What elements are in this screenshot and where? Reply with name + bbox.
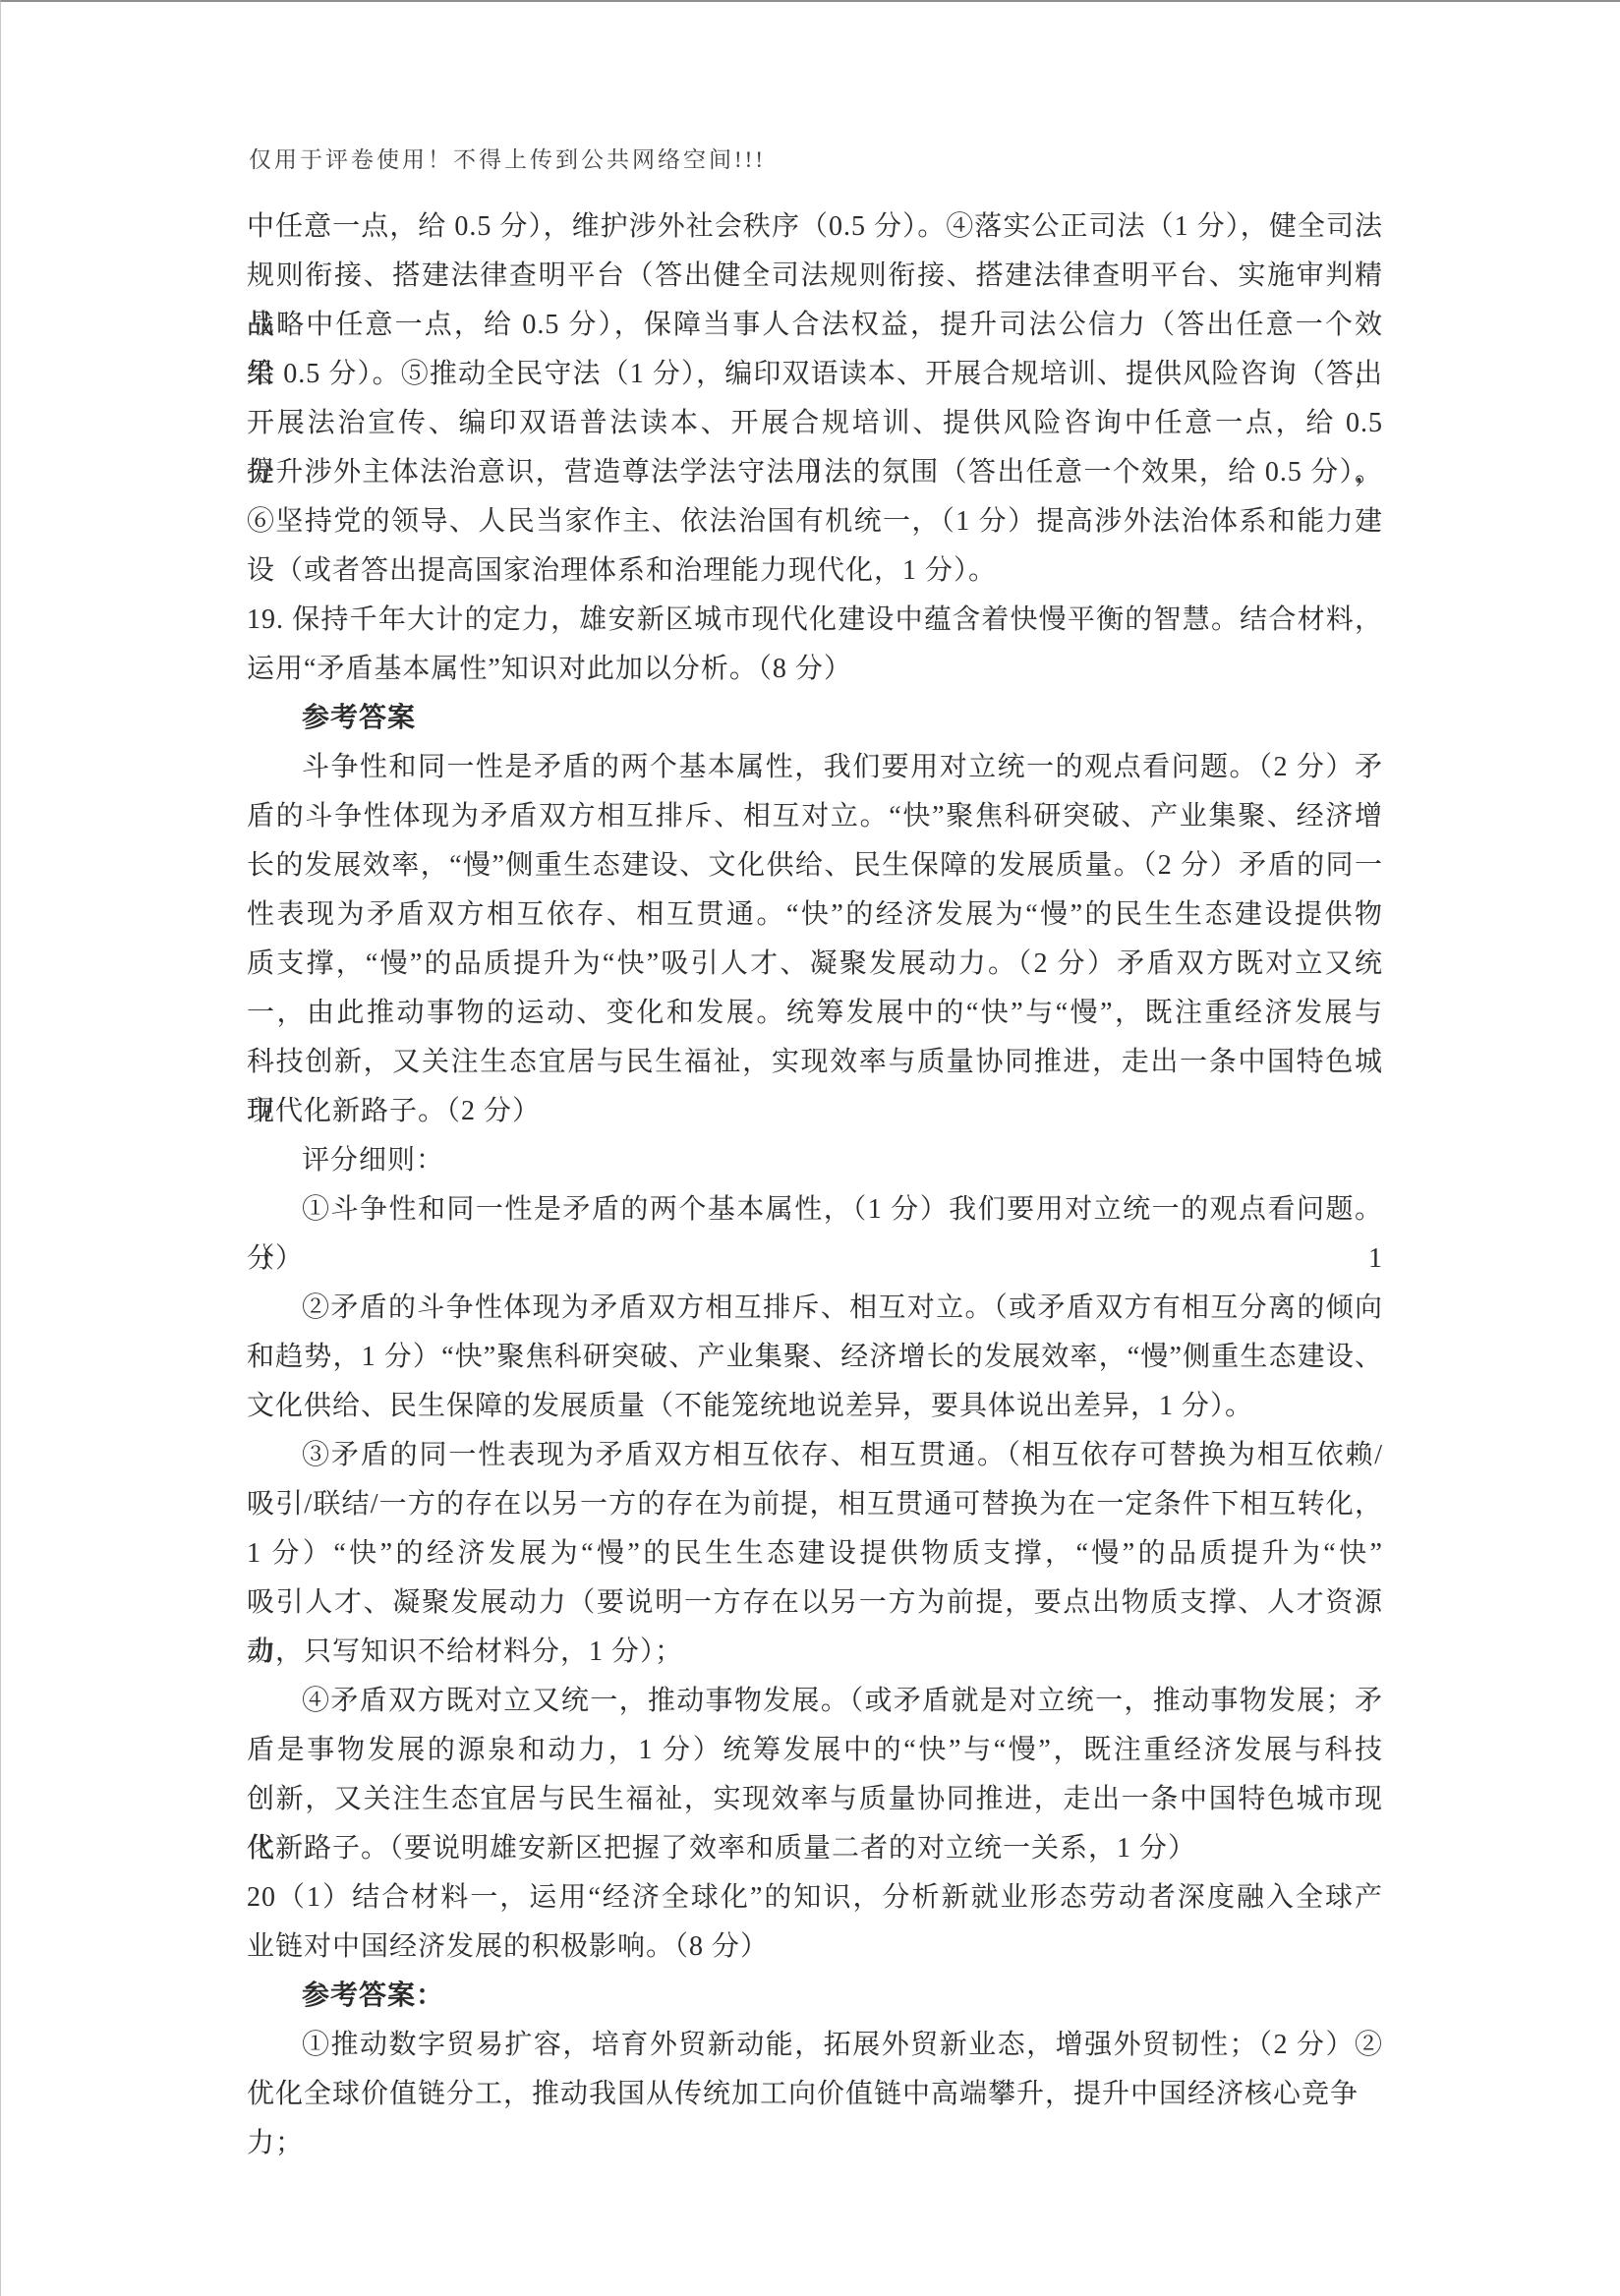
document-line: 文化供给、民生保障的发展质量（不能笼统地说差异，要具体说出差异，1 分）。: [247, 1382, 1383, 1431]
document-line: 设（或者答出提高国家治理体系和治理能力现代化，1 分）。: [247, 546, 1383, 596]
document-line: 优化全球价值链分工，推动我国从传统加工向价值链中高端攀升，提升中国经济核心竞争力…: [247, 2070, 1383, 2119]
document-line: 一，由此推动事物的运动、变化和发展。统筹发展中的“快”与“慢”，既注重经济发展与: [247, 989, 1383, 1038]
document-line: ③矛盾的同一性表现为矛盾双方相互依存、相互贯通。（相互依存可替换为相互依赖/: [247, 1431, 1383, 1480]
document-line: 战略中任意一点，给 0.5 分），保障当事人合法权益，提升司法公信力（答出任意一…: [247, 301, 1383, 350]
document-line: 化新路子。（要说明雄安新区把握了效率和质量二者的对立统一关系，1 分）: [247, 1824, 1383, 1873]
document-line: 运用“矛盾基本属性”知识对此加以分析。（8 分）: [247, 645, 1383, 694]
review-only-notice: 仅用于评卷使用！不得上传到公共网络空间!!!: [249, 142, 766, 174]
document-line: ②矛盾的斗争性体现为矛盾双方相互排斥、相互对立。（或矛盾双方有相互分离的倾向: [247, 1284, 1383, 1333]
document-line: 科技创新，又关注生态宜居与民生福祉，实现效率与质量协同推进，走出一条中国特色城市: [247, 1038, 1383, 1087]
document-line: 评分细则：: [247, 1136, 1383, 1185]
document-line: 力，只写知识不给材料分，1 分）；: [247, 1628, 1383, 1677]
document-line: 现代化新路子。（2 分）: [247, 1087, 1383, 1136]
document-line: 质支撑，“慢”的品质提升为“快”吸引人才、凝聚发展动力。（2 分）矛盾双方既对立…: [247, 940, 1383, 989]
document-line: ⑥坚持党的领导、人民当家作主、依法治国有机统一，（1 分）提高涉外法治体系和能力…: [247, 497, 1383, 546]
document-body: 中任意一点，给 0.5 分），维护涉外社会秩序（0.5 分）。④落实公正司法（1…: [247, 202, 1383, 2119]
document-line: 性表现为矛盾双方相互依存、相互贯通。“快”的经济发展为“慢”的民生生态建设提供物: [247, 890, 1383, 940]
document-line: 20（1）结合材料一，运用“经济全球化”的知识，分析新就业形态劳动者深度融入全球…: [247, 1873, 1383, 1923]
document-line: 盾的斗争性体现为矛盾双方相互排斥、相互对立。“快”聚焦科研突破、产业集聚、经济增: [247, 792, 1383, 841]
document-line: 和趋势，1 分）“快”聚焦科研突破、产业集聚、经济增长的发展效率，“慢”侧重生态…: [247, 1333, 1383, 1382]
document-line: 参考答案: [247, 694, 1383, 743]
document-line: 斗争性和同一性是矛盾的两个基本属性，我们要用对立统一的观点看问题。（2 分）矛: [247, 743, 1383, 792]
document-line: 给 0.5 分）。⑤推动全民守法（1 分），编印双语读本、开展合规培训、提供风险…: [247, 350, 1383, 399]
document-line: 创新，又关注生态宜居与民生福祉，实现效率与质量协同推进，走出一条中国特色城市现代: [247, 1775, 1383, 1824]
document-line: 参考答案：: [247, 1972, 1383, 2021]
document-line: 19. 保持千年大计的定力，雄安新区城市现代化建设中蕴含着快慢平衡的智慧。结合材…: [247, 596, 1383, 645]
document-line: 规则衔接、搭建法律查明平台（答出健全司法规则衔接、搭建法律查明平台、实施审判精品: [247, 252, 1383, 301]
document-line: 开展法治宣传、编印双语普法读本、开展合规培训、提供风险咨询中任意一点，给 0.5…: [247, 399, 1383, 448]
document-line: ①推动数字贸易扩容，培育外贸新动能，拓展外贸新业态，增强外贸韧性；（2 分）②: [247, 2021, 1383, 2070]
document-line: ④矛盾双方既对立又统一，推动事物发展。（或矛盾就是对立统一，推动事物发展；矛: [247, 1677, 1383, 1726]
document-line: 1 分）“快”的经济发展为“慢”的民生生态建设提供物质支撑，“慢”的品质提升为“…: [247, 1529, 1383, 1578]
document-line: 业链对中国经济发展的积极影响。（8 分）: [247, 1923, 1383, 1972]
document-line: 盾是事物发展的源泉和动力，1 分）统筹发展中的“快”与“慢”，既注重经济发展与科…: [247, 1726, 1383, 1775]
document-line: 中任意一点，给 0.5 分），维护涉外社会秩序（0.5 分）。④落实公正司法（1…: [247, 202, 1383, 252]
document-line: 长的发展效率，“慢”侧重生态建设、文化供给、民生保障的发展质量。（2 分）矛盾的…: [247, 841, 1383, 890]
document-line: 吸引人才、凝聚发展动力（要说明一方存在以另一方为前提，要点出物质支撑、人才资源动: [247, 1578, 1383, 1628]
document-line: ①斗争性和同一性是矛盾的两个基本属性，（1 分）我们要用对立统一的观点看问题。（…: [247, 1185, 1383, 1234]
document-line: 吸引/联结/一方的存在以另一方的存在为前提，相互贯通可替换为在一定条件下相互转化…: [247, 1480, 1383, 1529]
document-line: 提升涉外主体法治意识，营造尊法学法守法用法的氛围（答出任意一个效果，给 0.5 …: [247, 448, 1383, 497]
document-page: 仅用于评卷使用！不得上传到公共网络空间!!! 中任意一点，给 0.5 分），维护…: [0, 0, 1620, 2296]
